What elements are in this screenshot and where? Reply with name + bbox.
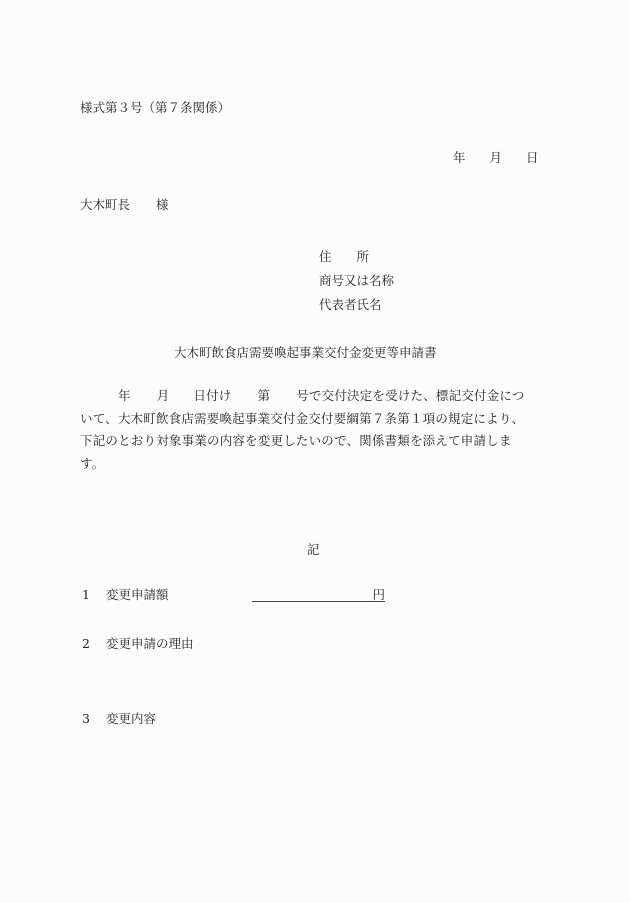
address-label-part2: 所 <box>357 249 370 264</box>
addressee-name: 大木町長 <box>80 197 130 212</box>
body-date-suffix: 日付け <box>193 388 231 403</box>
ki-heading: 記 <box>307 540 320 558</box>
addressee: 大木町長様 <box>80 195 169 213</box>
yen-unit: 円 <box>372 587 385 602</box>
date-month-label: 月 <box>490 148 503 166</box>
address-label-part1: 住 <box>319 249 332 264</box>
body-year: 年 <box>118 388 131 403</box>
item-number: 1 <box>82 587 106 602</box>
applicant-block: 住所 商号又は名称 代表者氏名 <box>319 245 394 317</box>
applicant-representative-label: 代表者氏名 <box>319 293 394 317</box>
item-label: 変更内容 <box>106 711 156 726</box>
date-day-label: 日 <box>526 148 539 166</box>
change-amount-field[interactable]: 円 <box>252 585 385 602</box>
date-year-label: 年 <box>453 148 466 166</box>
item-label: 変更申請の理由 <box>106 636 194 651</box>
date-field: 年月日 <box>453 148 539 166</box>
body-line-1-rest: 号で交付決定を受けた、標記交付金につ <box>296 388 524 403</box>
body-line-1: 年月日付け第号で交付決定を受けた、標記交付金につ <box>80 385 550 408</box>
body-line-2: いて、大木町飲食店需要喚起事業交付金交付要綱第７条第１項の規定により、 <box>80 408 550 431</box>
item-change-details: 3変更内容 <box>82 709 156 727</box>
addressee-honorific: 様 <box>156 197 169 212</box>
form-number-label: 様式第３号（第７条関係） <box>80 98 230 116</box>
body-line-3: 下記のとおり対象事業の内容を変更したいので、関係書類を添えて申請しま <box>80 430 550 453</box>
body-number-prefix: 第 <box>258 388 271 403</box>
item-change-amount: 1変更申請額 <box>82 585 169 603</box>
applicant-address-label: 住所 <box>319 245 394 269</box>
item-label: 変更申請額 <box>106 587 169 602</box>
item-number: 3 <box>82 711 106 726</box>
applicant-company-label: 商号又は名称 <box>319 269 394 293</box>
body-line-4: す。 <box>80 453 550 476</box>
document-title: 大木町飲食店需要喚起事業交付金変更等申請書 <box>174 343 437 361</box>
body-month: 月 <box>157 388 170 403</box>
application-body: 年月日付け第号で交付決定を受けた、標記交付金につ いて、大木町飲食店需要喚起事業… <box>80 385 550 475</box>
item-number: 2 <box>82 636 106 651</box>
item-change-reason: 2変更申請の理由 <box>82 634 194 652</box>
